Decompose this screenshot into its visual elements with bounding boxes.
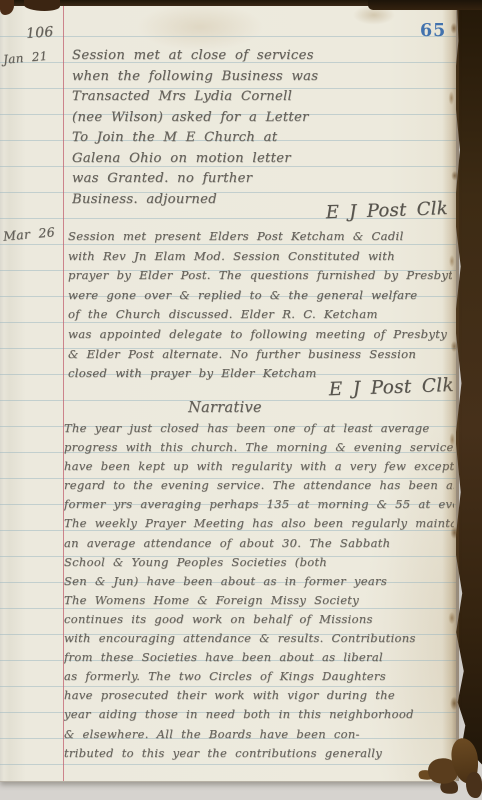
handwritten-line: were gone over & replied to & the genera… (68, 286, 452, 306)
handwritten-line: prayer by Elder Post. The questions furn… (68, 266, 452, 286)
handwritten-line: continues its good work on behalf of Mis… (64, 610, 454, 629)
scanned-book-background: 106 65 Jan 21 Session met at close of se… (0, 0, 482, 800)
page-number: 65 (420, 21, 446, 41)
handwritten-line: of the Church discussed. Elder R. C. Ket… (68, 305, 452, 325)
handwritten-line: as formerly. The two Circles of Kings Da… (64, 667, 454, 686)
entry-jan21-text: Session met at close of serviceswhen the… (72, 46, 450, 210)
handwritten-line: former yrs averaging perhaps 135 at morn… (64, 495, 454, 514)
entry-date-mar26: Mar 26 (2, 223, 65, 243)
narrative-text: The year just closed has been one of at … (64, 419, 454, 763)
handwritten-line: Session met present Elders Post Ketcham … (68, 227, 452, 247)
entry-date-jan21: Jan 21 (3, 47, 66, 66)
handwritten-line: tributed to this year the contributions … (64, 744, 454, 763)
handwritten-line: Transacted Mrs Lydia Cornell (72, 87, 450, 108)
handwritten-line: To Join the M E Church at (72, 128, 450, 149)
handwritten-line: have been kept up with regularity with a… (64, 457, 454, 476)
handwritten-line: Sen & Jun) have been about as in former … (64, 572, 454, 591)
book-cover-top-right-edge (368, 0, 482, 10)
handwritten-line: Session met at close of services (72, 46, 450, 67)
handwritten-line: when the following Business was (72, 67, 450, 88)
handwritten-line: was appointed delegate to following meet… (68, 325, 452, 345)
handwritten-line: (nee Wilson) asked for a Letter (72, 108, 450, 129)
handwritten-line: with Rev Jn Elam Mod. Session Constitute… (68, 247, 452, 267)
handwritten-line: from these Societies have been about as … (64, 648, 454, 667)
handwritten-line: The year just closed has been one of at … (64, 419, 454, 438)
handwritten-line: Galena Ohio on motion letter (72, 149, 450, 170)
handwritten-line: year aiding those in need both in this n… (64, 705, 454, 724)
leather-fragment (466, 772, 482, 798)
folio-number: 106 (25, 24, 54, 42)
handwritten-line: an average attendance of about 30. The S… (64, 534, 454, 553)
handwritten-line: have prosecuted their work with vigor du… (64, 686, 454, 705)
entry-mar26-text: Session met present Elders Post Ketcham … (68, 227, 452, 384)
handwritten-line: with encouraging attendance & results. C… (64, 629, 454, 648)
handwritten-line: The weekly Prayer Meeting has also been … (64, 514, 454, 533)
handwritten-line: was Granted. no further (72, 169, 450, 190)
narrative-heading: Narrative (150, 400, 300, 416)
handwritten-line: & elsewhere. All the Boards have been co… (64, 725, 454, 744)
ledger-page: 106 65 Jan 21 Session met at close of se… (0, 5, 456, 782)
handwritten-line: The Womens Home & Foreign Missy Society (64, 591, 454, 610)
handwritten-line: regard to the evening service. The atten… (64, 476, 454, 495)
handwritten-line: & Elder Post alternate. No further busin… (68, 345, 452, 365)
handwritten-line: progress with this church. The morning &… (64, 438, 454, 457)
handwritten-line: School & Young Peoples Societies (both (64, 553, 454, 572)
